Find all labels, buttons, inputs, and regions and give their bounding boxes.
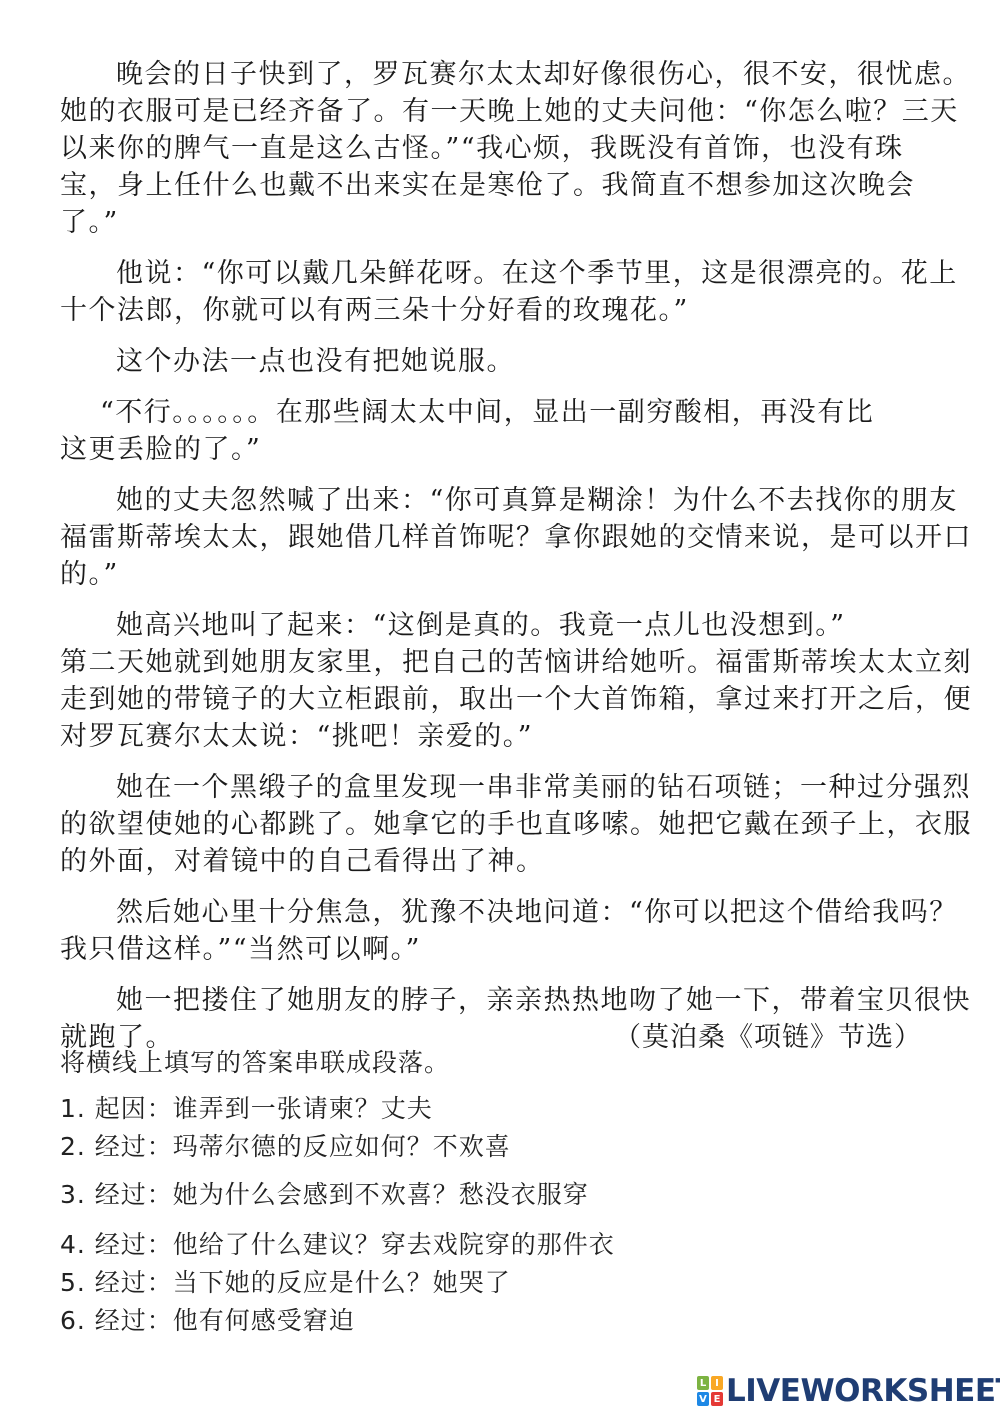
paragraph-4: “不行。。。。。。在那些阔太太中间，显出一副穷酸相，再没有比 这更丢脸的了。” [60,394,922,468]
text-line: 十个法郎，你就可以有两三朵十分好看的玫瑰花。” [60,292,922,329]
logo-tile: V [697,1392,709,1406]
text-line: 这个办法一点也没有把她说服。 [60,343,922,380]
text-line: 了。” [60,204,922,241]
paragraph-8: 然后她心里十分焦急，犹豫不决地问道：“你可以把这个借给我吗？ 我只借这样。”“当… [60,894,922,968]
logo-tile: I [711,1376,723,1390]
question-item-6: 6. 经过：他有何感受窘迫 [60,1302,760,1340]
question-item-1: 1. 起因：谁弄到一张请柬？丈夫 [60,1090,760,1128]
text-line: 的外面，对着镜中的自己看得出了神。 [60,843,922,880]
text-line: 她一把搂住了她朋友的脖子，亲亲热热地吻了她一下，带着宝贝很快 [60,982,922,1019]
question-item-2: 2. 经过：玛蒂尔德的反应如何？不欢喜 [60,1128,760,1166]
text-line: 她高兴地叫了起来：“这倒是真的。我竟一点儿也没想到。” [60,607,922,644]
text-line: 晚会的日子快到了，罗瓦赛尔太太却好像很伤心，很不安，很忧虑。 [60,56,922,93]
passage: 晚会的日子快到了，罗瓦赛尔太太却好像很伤心，很不安，很忧虑。 她的衣服可是已经齐… [60,56,922,1070]
text-line: “不行。。。。。。在那些阔太太中间，显出一副穷酸相，再没有比 [60,394,922,431]
logo-text: LIVEWORKSHEETS [726,1375,1000,1407]
text-line: 走到她的带镜子的大立柜跟前，取出一个大首饰箱，拿过来打开之后，便 [60,681,922,718]
logo-tile: L [697,1376,709,1390]
text-line: 的。” [60,556,922,593]
text-line: 的欲望使她的心都跳了。她拿它的手也直哆嗦。她把它戴在颈子上，衣服 [60,806,922,843]
paragraph-6: 她高兴地叫了起来：“这倒是真的。我竟一点儿也没想到。” 第二天她就到她朋友家里，… [60,607,922,755]
text-line: 我只借这样。”“当然可以啊。” [60,931,922,968]
question-item-4: 4. 经过：他给了什么建议？穿去戏院穿的那件衣 [60,1226,760,1264]
text-line: 他说：“你可以戴几朵鲜花呀。在这个季节里，这是很漂亮的。花上 [60,255,922,292]
live-tiles-icon: L I V E [697,1376,723,1406]
question-item-3: 3. 经过：她为什么会感到不欢喜？愁没衣服穿 [60,1176,760,1214]
text-line: 她在一个黑缎子的盒里发现一串非常美丽的钻石项链；一种过分强烈 [60,769,922,806]
text-line: 她的衣服可是已经齐备了。有一天晚上她的丈夫问他：“你怎么啦？三天 [60,93,922,130]
text-line: 她的丈夫忽然喊了出来：“你可真算是糊涂！为什么不去找你的朋友 [60,482,922,519]
text-line: 福雷斯蒂埃太太，跟她借几样首饰呢？拿你跟她的交情来说，是可以开口 [60,519,922,556]
text-line: 然后她心里十分焦急，犹豫不决地问道：“你可以把这个借给我吗？ [60,894,922,931]
liveworksheets-logo: L I V E LIVEWORKSHEETS [697,1375,1000,1407]
questions-section: 将横线上填写的答案串联成段落。 1. 起因：谁弄到一张请柬？丈夫 2. 经过：玛… [60,1044,760,1340]
logo-tile: E [711,1392,723,1406]
text-line: 宝，身上任什么也戴不出来实在是寒伧了。我简直不想参加这次晚会 [60,167,922,204]
paragraph-3: 这个办法一点也没有把她说服。 [60,343,922,380]
paragraph-5: 她的丈夫忽然喊了出来：“你可真算是糊涂！为什么不去找你的朋友 福雷斯蒂埃太太，跟… [60,482,922,593]
paragraph-2: 他说：“你可以戴几朵鲜花呀。在这个季节里，这是很漂亮的。花上 十个法郎，你就可以… [60,255,922,329]
question-item-5: 5. 经过：当下她的反应是什么？她哭了 [60,1264,760,1302]
text-line: 以来你的脾气一直是这么古怪。”“我心烦，我既没有首饰，也没有珠 [60,130,922,167]
text-line: 这更丢脸的了。” [60,431,922,468]
text-line: 第二天她就到她朋友家里，把自己的苦恼讲给她听。福雷斯蒂埃太太立刻 [60,644,922,681]
text-line: 对罗瓦赛尔太太说：“挑吧！亲爱的。” [60,718,922,755]
paragraph-1: 晚会的日子快到了，罗瓦赛尔太太却好像很伤心，很不安，很忧虑。 她的衣服可是已经齐… [60,56,922,241]
paragraph-7: 她在一个黑缎子的盒里发现一串非常美丽的钻石项链；一种过分强烈 的欲望使她的心都跳… [60,769,922,880]
instructions: 将横线上填写的答案串联成段落。 [60,1044,760,1082]
